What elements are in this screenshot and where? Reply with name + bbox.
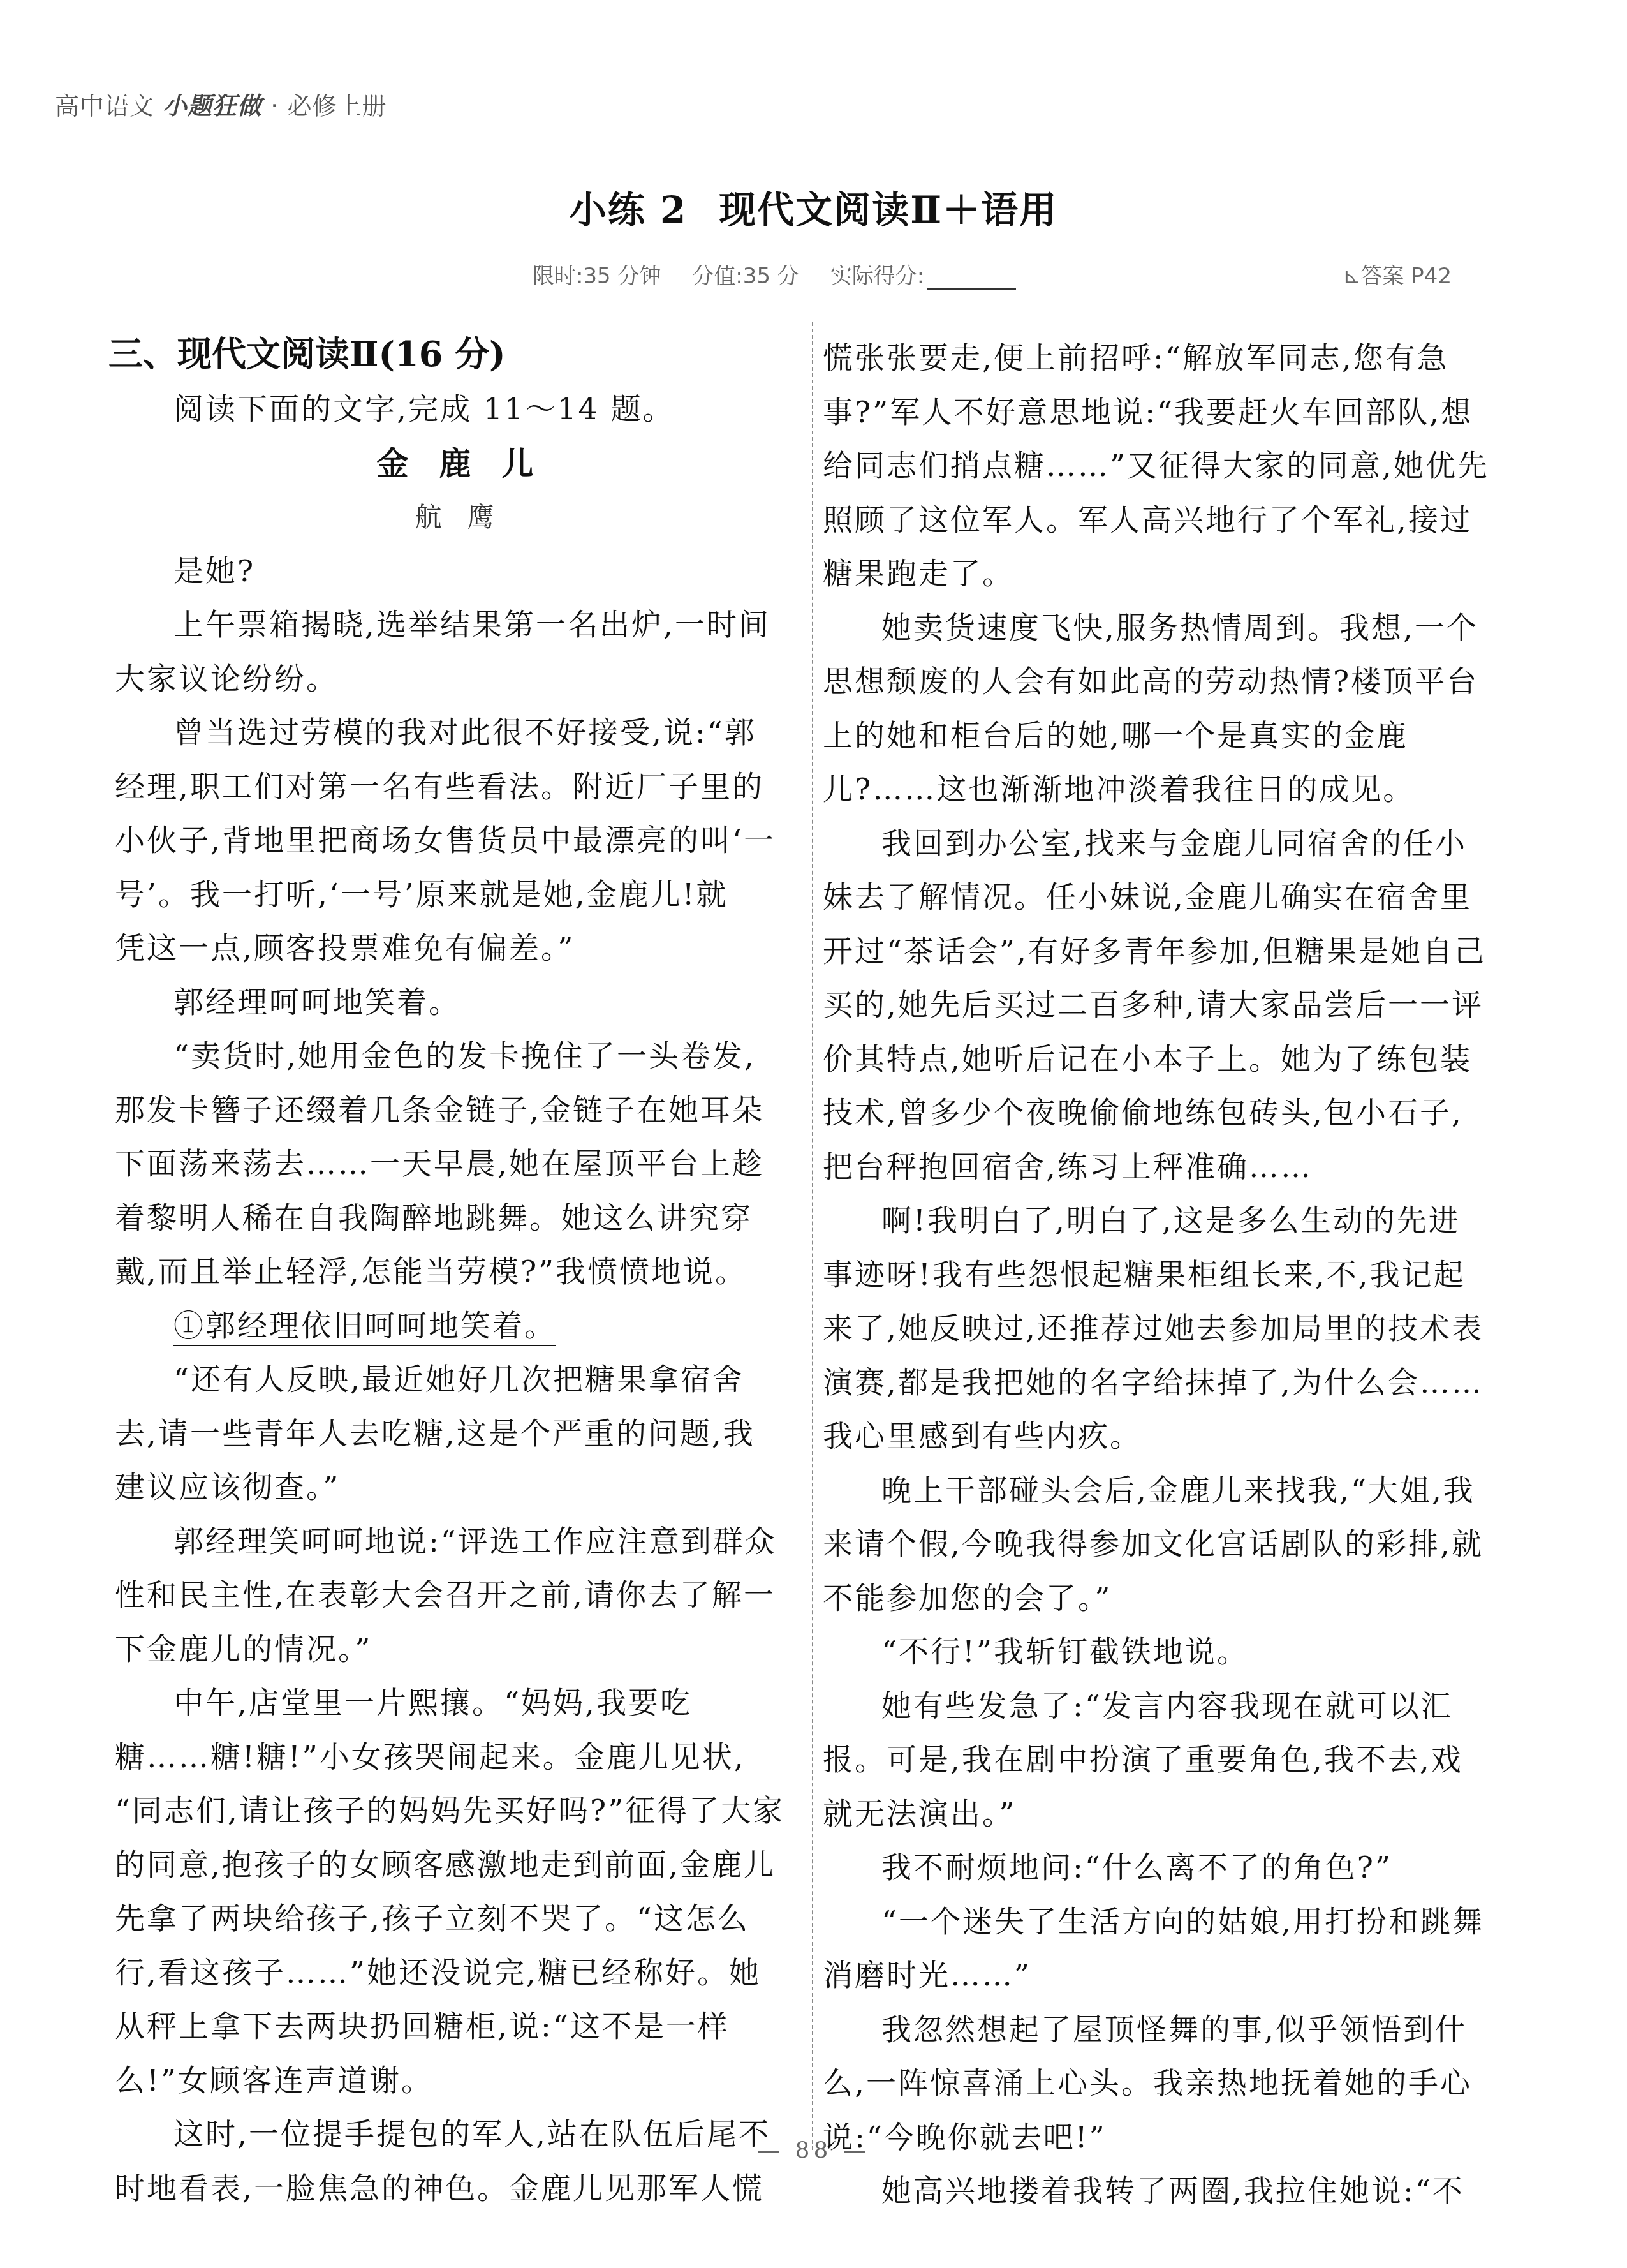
line-text: 我心里感到有些内疚。	[823, 1419, 1142, 1454]
text-line: 儿?……这也渐渐地冲淡着我往日的成见。	[823, 763, 1505, 817]
left-column: 三、现代文阅读Ⅱ(16 分) 阅读下面的文字,完成 11～14 题。 金鹿儿 航…	[115, 325, 800, 2216]
text-line: 下金鹿儿的情况。”	[115, 1623, 800, 1677]
line-text: 建议应该彻查。”	[115, 1470, 341, 1505]
text-line: “还有人反映,最近她好几次把糖果拿宿舍	[115, 1353, 800, 1407]
text-line: 给同志们捎点糖……”又征得大家的同意,她优先	[823, 440, 1505, 494]
line-text: 凭这一点,顾客投票难免有偏差。”	[115, 931, 575, 966]
text-line: 么!”女顾客连声道谢。	[115, 2054, 800, 2109]
text-line: 性和民主性,在表彰大会召开之前,请你去了解一	[115, 1569, 800, 1623]
right-text-lines: 慌张张要走,便上前招呼:“解放军同志,您有急事?”军人不好意思地说:“我要赶火车…	[823, 332, 1505, 2219]
text-line: 中午,店堂里一片熙攘。“妈妈,我要吃	[115, 1677, 800, 1731]
title-number: 小练 2	[570, 188, 688, 232]
text-line: 么,一阵惊喜涌上心头。我亲热地抚着她的手心	[823, 2057, 1505, 2111]
line-text: “还有人反映,最近她好几次把糖果拿宿舍	[173, 1362, 744, 1397]
text-line: ①郭经理依旧呵呵地笑着。	[115, 1300, 800, 1354]
line-text: 中午,店堂里一片熙攘。“妈妈,我要吃	[173, 1686, 692, 1721]
line-text: 戴,而且举止轻浮,怎能当劳模?”我愤愤地说。	[115, 1254, 747, 1289]
text-line: 上的她和柜台后的她,哪一个是真实的金鹿	[823, 709, 1505, 764]
text-line: 糖……糖!糖!”小女孩哭闹起来。金鹿儿见状,	[115, 1731, 800, 1785]
line-text: 技术,曾多少个夜晚偷偷地练包砖头,包小石子,	[823, 1095, 1463, 1130]
text-line: 妹去了解情况。任小妹说,金鹿儿确实在宿舍里	[823, 871, 1505, 925]
text-line: 我回到办公室,找来与金鹿儿同宿舍的任小	[823, 817, 1505, 871]
text-line: 糖果跑走了。	[823, 547, 1505, 602]
line-text: 是她?	[173, 554, 255, 589]
line-text: 郭经理呵呵地笑着。	[173, 985, 460, 1020]
text-line: 曾当选过劳模的我对此很不好接受,说:“郭	[115, 706, 800, 760]
text-line: 把台秤抱回宿舍,练习上秤准确……	[823, 1141, 1505, 1195]
text-line: 那发卡簪子还缀着几条金链子,金链子在她耳朵	[115, 1084, 800, 1138]
text-line: 演赛,都是我把她的名字给抹掉了,为什么会……	[823, 1356, 1505, 1411]
line-text: 糖果跑走了。	[823, 556, 1014, 591]
line-text: “一个迷失了生活方向的姑娘,用打扮和跳舞	[881, 1904, 1484, 1939]
text-line: 她高兴地搂着我转了两圈,我拉住她说:“不	[823, 2165, 1505, 2219]
instruction: 阅读下面的文字,完成 11～14 题。	[115, 383, 800, 437]
line-text: 我忽然想起了屋顶怪舞的事,似乎领悟到什	[881, 2012, 1467, 2047]
text-line: 郭经理笑呵呵地说:“评选工作应注意到群众	[115, 1515, 800, 1569]
line-text: 大家议论纷纷。	[115, 662, 338, 697]
line-text: 从秤上拿下去两块扔回糖柜,说:“这不是一样	[115, 2009, 730, 2044]
score-value: 分值:35 分	[692, 263, 799, 289]
text-line: 先拿了两块给孩子,孩子立刻不哭了。“这怎么	[115, 1892, 800, 1946]
line-text: 下面荡来荡去……一天早晨,她在屋顶平台上趁	[115, 1146, 764, 1182]
line-text: 报。可是,我在剧中扮演了重要角色,我不去,戏	[823, 1742, 1463, 1777]
text-line: 买的,她先后买过二百多种,请大家品尝后一一评	[823, 979, 1505, 1033]
line-text: 我回到办公室,找来与金鹿儿同宿舍的任小	[881, 826, 1467, 861]
line-text: “卖货时,她用金色的发卡挽住了一头卷发,	[173, 1039, 756, 1074]
line-text: 的同意,抱孩子的女顾客感激地走到前面,金鹿儿	[115, 1848, 776, 1883]
line-text: 上的她和柜台后的她,哪一个是真实的金鹿	[823, 718, 1408, 753]
text-line: “不行!”我斩钉截铁地说。	[823, 1626, 1505, 1680]
actual-score-label: 实际得分:	[830, 263, 924, 289]
text-line: 号’。我一打听,‘一号’原来就是她,金鹿儿!就	[115, 868, 800, 923]
line-text: 把台秤抱回宿舍,练习上秤准确……	[823, 1150, 1313, 1185]
text-line: 消磨时光……”	[823, 1949, 1505, 2003]
line-text: 就无法演出。”	[823, 1797, 1017, 1832]
text-line: 小伙子,背地里把商场女售货员中最漂亮的叫‘一	[115, 814, 800, 868]
text-line: 我忽然想起了屋顶怪舞的事,似乎领悟到什	[823, 2003, 1505, 2057]
text-line: 不能参加您的会了。”	[823, 1572, 1505, 1626]
text-line: 凭这一点,顾客投票难免有偏差。”	[115, 922, 800, 976]
line-text: 不能参加您的会了。”	[823, 1581, 1112, 1616]
story-author: 航鹰	[115, 491, 800, 545]
text-line: 郭经理呵呵地笑着。	[115, 976, 800, 1030]
column-divider	[812, 322, 813, 2150]
line-text: 价其特点,她听后记在小本子上。她为了练包装	[823, 1042, 1472, 1077]
line-text: 事迹呀!我有些怨恨起糖果柜组长来,不,我记起	[823, 1257, 1466, 1293]
text-line: 报。可是,我在剧中扮演了重要角色,我不去,戏	[823, 1733, 1505, 1788]
title-name: 现代文阅读Ⅱ＋语用	[719, 188, 1057, 232]
line-text: 给同志们捎点糖……”又征得大家的同意,她优先	[823, 448, 1489, 484]
time-limit: 限时:35 分钟	[533, 263, 661, 289]
text-line: 行,看这孩子……”她还没说完,糖已经称好。她	[115, 1946, 800, 2001]
running-head-separator: ·	[270, 92, 279, 120]
line-text: 上午票箱揭晓,选举结果第一名出炉,一时间	[173, 607, 770, 642]
page-title: 小练 2现代文阅读Ⅱ＋语用	[0, 180, 1627, 233]
line-text: 买的,她先后买过二百多种,请大家品尝后一一评	[823, 988, 1483, 1023]
running-head-subject: 高中语文	[55, 92, 154, 120]
line-text: 她高兴地搂着我转了两圈,我拉住她说:“不	[881, 2174, 1464, 2209]
line-text: 先拿了两块给孩子,孩子立刻不哭了。“这怎么	[115, 1901, 749, 1936]
text-line: 她卖货速度飞快,服务热情周到。我想,一个	[823, 602, 1505, 656]
line-text: 啊!我明白了,明白了,这是多么生动的先进	[881, 1203, 1461, 1238]
line-text: 她卖货速度飞快,服务热情周到。我想,一个	[881, 611, 1478, 646]
text-line: 晚上干部碰头会后,金鹿儿来找我,“大姐,我	[823, 1464, 1505, 1518]
line-text: 那发卡簪子还缀着几条金链子,金链子在她耳朵	[115, 1093, 764, 1128]
left-text-lines: 是她?上午票箱揭晓,选举结果第一名出炉,一时间大家议论纷纷。曾当选过劳模的我对此…	[115, 545, 800, 2216]
text-line: 慌张张要走,便上前招呼:“解放军同志,您有急	[823, 332, 1505, 386]
text-line: 照顾了这位军人。军人高兴地行了个军礼,接过	[823, 494, 1505, 548]
text-line: 思想颓废的人会有如此高的劳动热情?楼顶平台	[823, 655, 1505, 709]
line-text: 晚上干部碰头会后,金鹿儿来找我,“大姐,我	[881, 1473, 1475, 1508]
line-text: 行,看这孩子……”她还没说完,糖已经称好。她	[115, 1955, 761, 1990]
text-line: 时地看表,一脸焦急的神色。金鹿儿见那军人慌	[115, 2162, 800, 2216]
line-text: 来请个假,今晚我得参加文化宫话剧队的彩排,就	[823, 1527, 1483, 1562]
running-head-volume: 必修上册	[287, 92, 387, 120]
line-text: 照顾了这位军人。军人高兴地行了个军礼,接过	[823, 503, 1472, 538]
line-text: 演赛,都是我把她的名字给抹掉了,为什么会……	[823, 1365, 1483, 1400]
text-line: 我心里感到有些内疚。	[823, 1410, 1505, 1464]
line-text: 去,请一些青年人去吃糖,这是个严重的问题,我	[115, 1416, 755, 1451]
text-line: 上午票箱揭晓,选举结果第一名出炉,一时间	[115, 598, 800, 653]
series-logo: 小题狂做	[163, 92, 262, 120]
text-line: 去,请一些青年人去吃糖,这是个严重的问题,我	[115, 1407, 800, 1462]
text-line: 戴,而且举止轻浮,怎能当劳模?”我愤愤地说。	[115, 1245, 800, 1300]
text-line: 来了,她反映过,还推荐过她去参加局里的技术表	[823, 1302, 1505, 1356]
line-text: 事?”军人不好意思地说:“我要赶火车回部队,想	[823, 395, 1473, 430]
line-text: 经理,职工们对第一名有些看法。附近厂子里的	[115, 769, 764, 804]
underlined-sentence-1: ①郭经理依旧呵呵地笑着。	[173, 1308, 556, 1344]
text-line: 就无法演出。”	[823, 1788, 1505, 1842]
line-text: 开过“茶话会”,有好多青年参加,但糖果是她自己	[823, 934, 1486, 969]
line-text: 妹去了解情况。任小妹说,金鹿儿确实在宿舍里	[823, 880, 1472, 915]
line-text: “同志们,请让孩子的妈妈先买好吗?”征得了大家	[115, 1793, 784, 1828]
text-line: 我不耐烦地问:“什么离不了的角色?”	[823, 1841, 1505, 1895]
line-text: 我不耐烦地问:“什么离不了的角色?”	[881, 1850, 1392, 1885]
text-line: 来请个假,今晚我得参加文化宫话剧队的彩排,就	[823, 1518, 1505, 1572]
exercise-meta: 限时:35 分钟 分值:35 分 实际得分:	[533, 258, 1040, 290]
text-line: “同志们,请让孩子的妈妈先买好吗?”征得了大家	[115, 1784, 800, 1839]
text-line: 着黎明人稀在自我陶醉地跳舞。她这么讲究穿	[115, 1192, 800, 1246]
text-line: 价其特点,她听后记在小本子上。她为了练包装	[823, 1033, 1505, 1087]
line-text: 慌张张要走,便上前招呼:“解放军同志,您有急	[823, 341, 1449, 376]
text-line: 从秤上拿下去两块扔回糖柜,说:“这不是一样	[115, 2000, 800, 2054]
text-line: 开过“茶话会”,有好多青年参加,但糖果是她自己	[823, 925, 1505, 979]
line-text: 她有些发急了:“发言内容我现在就可以汇	[881, 1689, 1453, 1724]
running-head: 高中语文 小题狂做 · 必修上册	[55, 86, 387, 121]
line-text: 糖……糖!糖!”小女孩哭闹起来。金鹿儿见状,	[115, 1740, 746, 1775]
line-text: 儿?……这也渐渐地冲淡着我往日的成见。	[823, 772, 1415, 807]
story-title: 金鹿儿	[115, 437, 800, 491]
line-text: 着黎明人稀在自我陶醉地跳舞。她这么讲究穿	[115, 1201, 753, 1236]
line-text: 么!”女顾客连声道谢。	[115, 2063, 433, 2098]
right-column: 慌张张要走,便上前招呼:“解放军同志,您有急事?”军人不好意思地说:“我要赶火车…	[823, 332, 1505, 2219]
text-line: “一个迷失了生活方向的姑娘,用打扮和跳舞	[823, 1895, 1505, 1950]
text-line: 大家议论纷纷。	[115, 653, 800, 707]
actual-score-blank[interactable]	[927, 267, 1016, 290]
line-text: “不行!”我斩钉截铁地说。	[881, 1634, 1249, 1670]
line-text: 时地看表,一脸焦急的神色。金鹿儿见那军人慌	[115, 2171, 764, 2206]
text-line: 是她?	[115, 545, 800, 599]
line-text: 性和民主性,在表彰大会召开之前,请你去了解一	[115, 1578, 776, 1613]
line-text: 下金鹿儿的情况。”	[115, 1632, 372, 1667]
line-text: 消磨时光……”	[823, 1958, 1031, 1993]
section-heading: 三、现代文阅读Ⅱ(16 分)	[108, 325, 800, 383]
text-line: 事迹呀!我有些怨恨起糖果柜组长来,不,我记起	[823, 1249, 1505, 1303]
text-line: 经理,职工们对第一名有些看法。附近厂子里的	[115, 760, 800, 815]
text-line: “卖货时,她用金色的发卡挽住了一头卷发,	[115, 1030, 800, 1084]
line-text: 郭经理笑呵呵地说:“评选工作应注意到群众	[173, 1524, 777, 1559]
line-text: 小伙子,背地里把商场女售货员中最漂亮的叫‘一	[115, 823, 776, 858]
line-text: 曾当选过劳模的我对此很不好接受,说:“郭	[173, 715, 756, 750]
text-line: 她有些发急了:“发言内容我现在就可以汇	[823, 1680, 1505, 1734]
text-line: 啊!我明白了,明白了,这是多么生动的先进	[823, 1194, 1505, 1249]
line-text: 么,一阵惊喜涌上心头。我亲热地抚着她的手心	[823, 2066, 1472, 2101]
text-line: 的同意,抱孩子的女顾客感激地走到前面,金鹿儿	[115, 1839, 800, 1893]
answer-reference: ⊾答案 P42	[1343, 258, 1452, 290]
text-line: 技术,曾多少个夜晚偷偷地练包砖头,包小石子,	[823, 1086, 1505, 1141]
page-number: — 88 —	[0, 2137, 1627, 2163]
line-text: 来了,她反映过,还推荐过她去参加局里的技术表	[823, 1311, 1483, 1346]
text-line: 事?”军人不好意思地说:“我要赶火车回部队,想	[823, 386, 1505, 440]
line-text: 号’。我一打听,‘一号’原来就是她,金鹿儿!就	[115, 877, 728, 912]
text-line: 下面荡来荡去……一天早晨,她在屋顶平台上趁	[115, 1138, 800, 1192]
line-text: 思想颓废的人会有如此高的劳动热情?楼顶平台	[823, 664, 1478, 699]
text-line: 建议应该彻查。”	[115, 1461, 800, 1515]
